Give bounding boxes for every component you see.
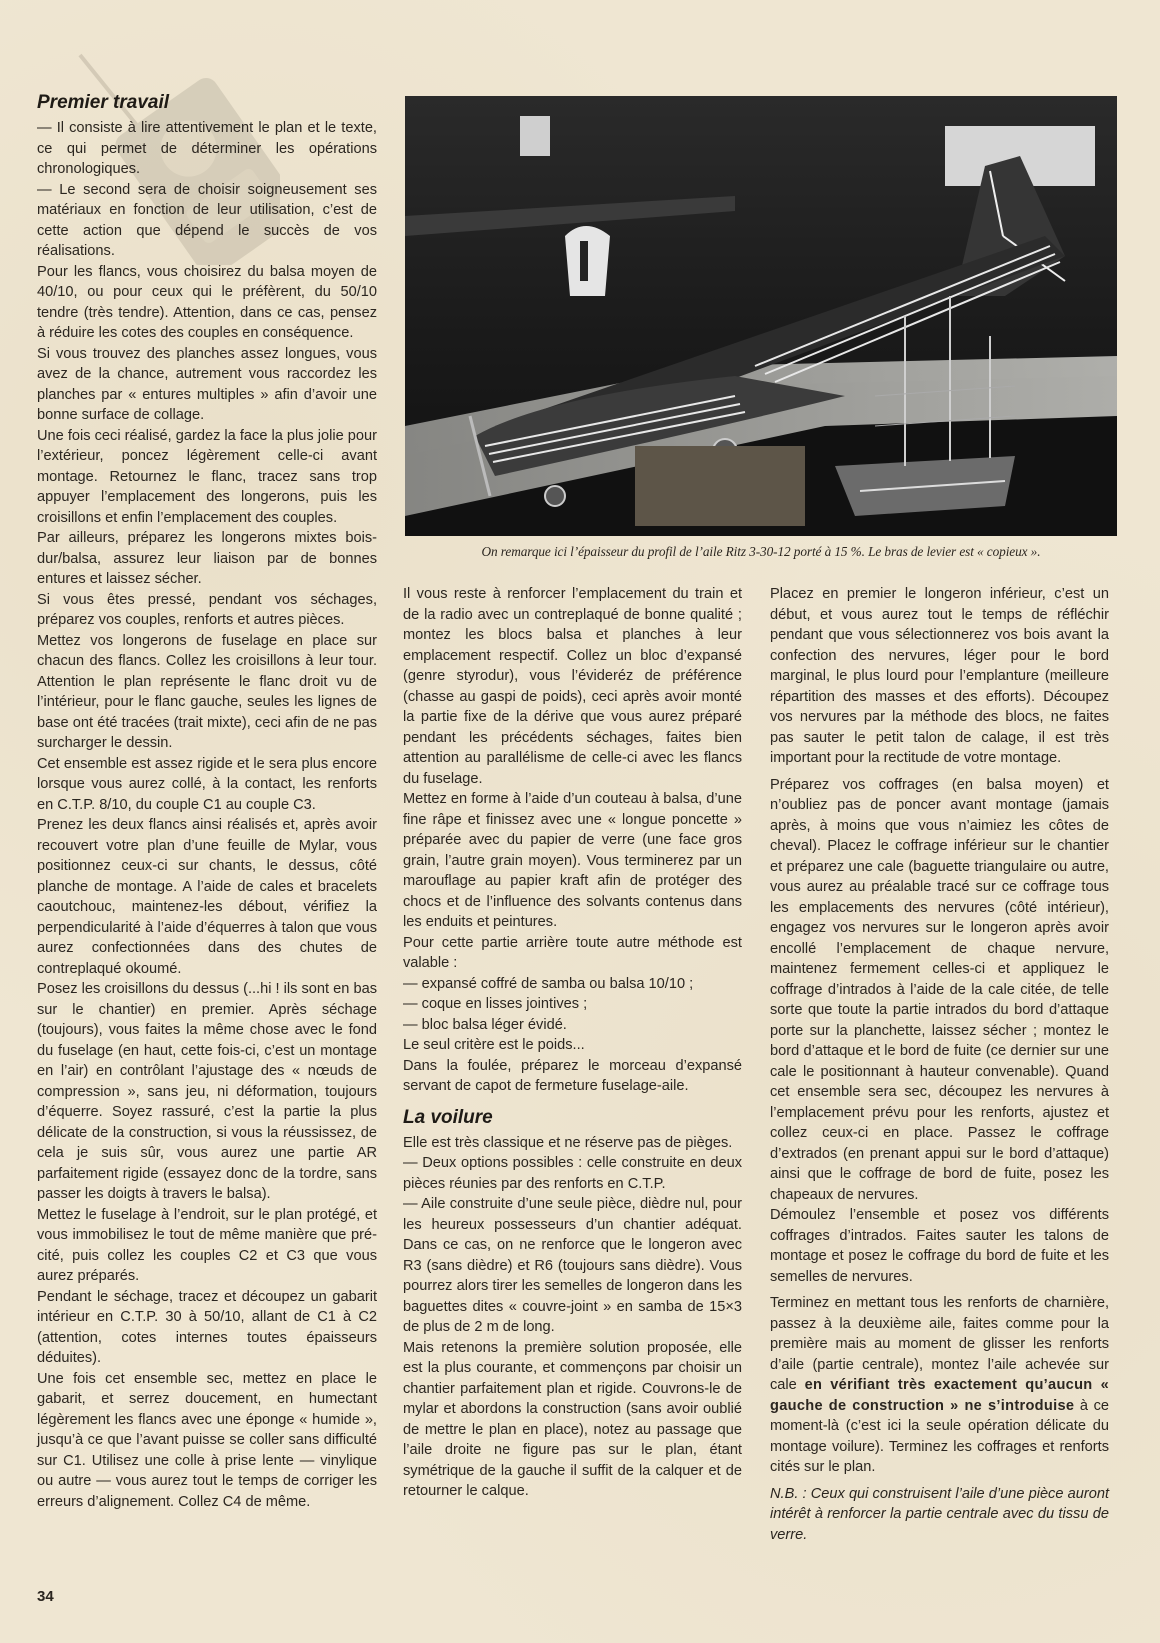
left-column: Premier travail — Il consiste à lire att… bbox=[37, 92, 377, 1512]
paragraph: Elle est très classique et ne réserve pa… bbox=[403, 1133, 742, 1154]
photo-illustration bbox=[405, 96, 1117, 536]
paragraph: Une fois ceci réalisé, gardez la face la… bbox=[37, 426, 377, 529]
paragraph: Cet ensemble est assez rigide et le sera… bbox=[37, 754, 377, 816]
paragraph: Pour cette partie arrière toute autre mé… bbox=[403, 933, 742, 974]
magazine-page: Premier travail — Il consiste à lire att… bbox=[0, 0, 1160, 1643]
paragraph: Le seul critère est le poids... bbox=[403, 1035, 742, 1056]
paragraph: Une fois cet ensemble sec, mettez en pla… bbox=[37, 1369, 377, 1513]
paragraph: Placez en premier le longeron inférieur,… bbox=[770, 584, 1109, 769]
paragraph: Mettez vos longerons de fuselage en plac… bbox=[37, 631, 377, 754]
model-aircraft-photo bbox=[405, 96, 1117, 536]
list-item: — expansé coffré de samba ou balsa 10/10… bbox=[403, 974, 742, 995]
section-heading-premier-travail: Premier travail bbox=[37, 92, 377, 114]
paragraph: Préparez vos coffrages (en balsa moyen) … bbox=[770, 775, 1109, 1206]
paragraph: Mettez le fuselage à l’endroit, sur le p… bbox=[37, 1205, 377, 1287]
section-heading-la-voilure: La voilure bbox=[403, 1107, 742, 1129]
paragraph: — Deux options possibles : celle constru… bbox=[403, 1153, 742, 1194]
middle-column: Il vous reste à renforcer l’emplacement … bbox=[403, 584, 742, 1502]
paragraph: Dans la foulée, préparez le morceau d’ex… bbox=[403, 1056, 742, 1097]
paragraph: Il vous reste à renforcer l’emplacement … bbox=[403, 584, 742, 789]
nb-note: N.B. : Ceux qui construisent l’aile d’un… bbox=[770, 1484, 1109, 1546]
right-column: Placez en premier le longeron inférieur,… bbox=[770, 584, 1109, 1545]
paragraph: Posez les croisillons du dessus (...hi !… bbox=[37, 979, 377, 1205]
bold-emphasis: en vérifiant très exactement qu’aucun « … bbox=[770, 1377, 1109, 1414]
paragraph: Terminez en mettant tous les renforts de… bbox=[770, 1293, 1109, 1478]
paragraph: Prenez les deux flancs ainsi réalisés et… bbox=[37, 815, 377, 979]
photo-caption: On remarque ici l’épaisseur du profil de… bbox=[405, 544, 1117, 560]
paragraph: Mais retenons la première solution propo… bbox=[403, 1338, 742, 1502]
paragraph: Démoulez l’ensemble et posez vos différe… bbox=[770, 1205, 1109, 1287]
page-number: 34 bbox=[37, 1588, 54, 1605]
paragraph: Mettez en forme à l’aide d’un couteau à … bbox=[403, 789, 742, 933]
paragraph: Si vous êtes pressé, pendant vos séchage… bbox=[37, 590, 377, 631]
paragraph: — Aile construite d’une seule pièce, diè… bbox=[403, 1194, 742, 1338]
paragraph: Pendant le séchage, tracez et découpez u… bbox=[37, 1287, 377, 1369]
list-item: — coque en lisses jointives ; bbox=[403, 994, 742, 1015]
paragraph: Par ailleurs, préparez les longerons mix… bbox=[37, 528, 377, 590]
paragraph: — Le second sera de choisir soigneusemen… bbox=[37, 180, 377, 262]
list-item: — bloc balsa léger évidé. bbox=[403, 1015, 742, 1036]
paragraph: — Il consiste à lire attentivement le pl… bbox=[37, 118, 377, 180]
paragraph: Si vous trouvez des planches assez longu… bbox=[37, 344, 377, 426]
paragraph: Pour les flancs, vous choisirez du balsa… bbox=[37, 262, 377, 344]
